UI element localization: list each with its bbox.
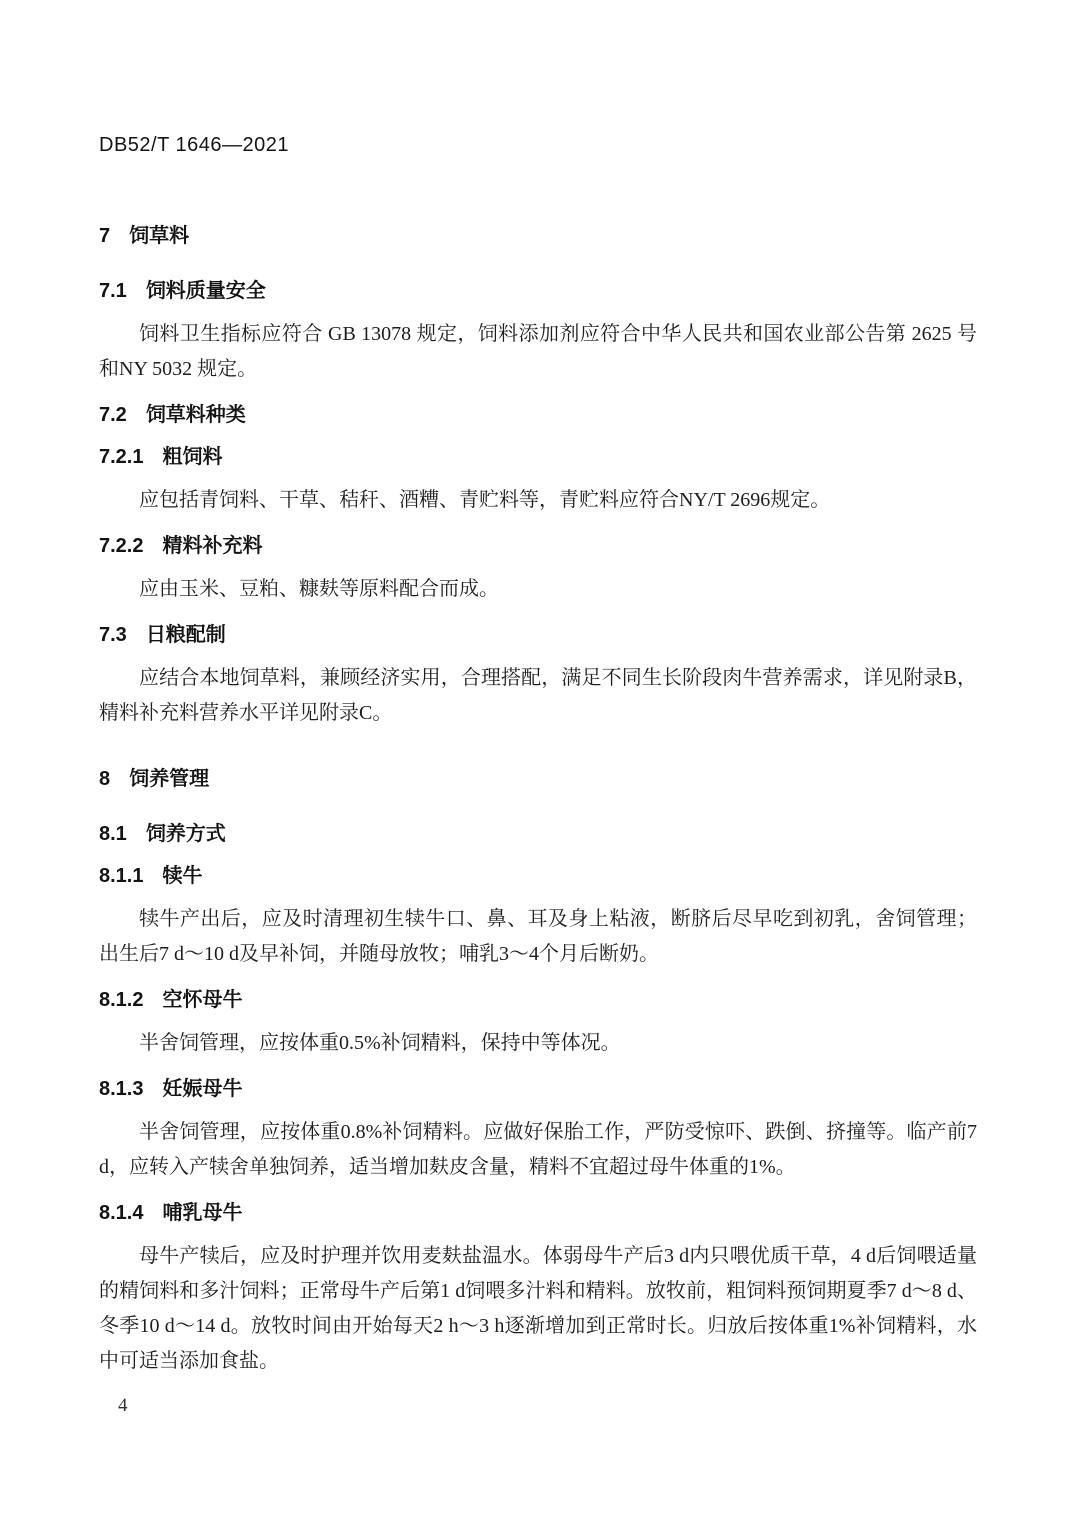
clause-number: 7.2 bbox=[99, 401, 127, 429]
clause-7-heading: 7饲草料 bbox=[99, 222, 977, 250]
para-8-1-3: 半舍饲管理，应按体重0.8%补饲精料。应做好保胎工作，严防受惊吓、跌倒、挤撞等。… bbox=[99, 1115, 977, 1185]
clause-number: 8.1.2 bbox=[99, 986, 143, 1014]
clause-8-1-2-heading: 8.1.2空怀母牛 bbox=[99, 986, 977, 1014]
clause-8-1-4-heading: 8.1.4哺乳母牛 bbox=[99, 1199, 977, 1227]
clause-title: 日粮配制 bbox=[146, 624, 226, 646]
clause-7-2-2-heading: 7.2.2精料补充料 bbox=[99, 532, 977, 560]
para-7-1: 饲料卫生指标应符合 GB 13078 规定，饲料添加剂应符合中华人民共和国农业部… bbox=[99, 317, 977, 387]
clause-7-3-heading: 7.3日粮配制 bbox=[99, 621, 977, 649]
clause-7-1-heading: 7.1饲料质量安全 bbox=[99, 277, 977, 305]
clause-8-1-1-heading: 8.1.1犊牛 bbox=[99, 862, 977, 890]
clause-number: 8 bbox=[99, 765, 110, 793]
para-8-1-2: 半舍饲管理，应按体重0.5%补饲精料，保持中等体况。 bbox=[99, 1026, 977, 1061]
clause-title: 粗饲料 bbox=[162, 446, 222, 468]
clause-title: 饲草料种类 bbox=[146, 404, 246, 426]
clause-title: 妊娠母牛 bbox=[162, 1078, 242, 1100]
clause-7-2-1-heading: 7.2.1粗饲料 bbox=[99, 443, 977, 471]
para-8-1-4: 母牛产犊后，应及时护理并饮用麦麸盐温水。体弱母牛产后3 d内只喂优质干草，4 d… bbox=[99, 1239, 977, 1379]
clause-title: 饲料质量安全 bbox=[146, 280, 266, 302]
clause-number: 8.1 bbox=[99, 820, 127, 848]
clause-number: 7.1 bbox=[99, 277, 127, 305]
clause-title: 犊牛 bbox=[162, 865, 202, 887]
para-7-2-1: 应包括青饲料、干草、秸秆、酒糟、青贮料等，青贮料应符合NY/T 2696规定。 bbox=[99, 483, 977, 518]
clause-7-2-heading: 7.2饲草料种类 bbox=[99, 401, 977, 429]
para-7-2-2: 应由玉米、豆粕、糠麸等原料配合而成。 bbox=[99, 572, 977, 607]
page-number: 4 bbox=[118, 1394, 128, 1418]
clause-number: 8.1.4 bbox=[99, 1199, 143, 1227]
clause-title: 饲草料 bbox=[129, 225, 189, 247]
clause-title: 空怀母牛 bbox=[162, 989, 242, 1011]
clause-number: 7.2.1 bbox=[99, 443, 143, 471]
clause-number: 7.3 bbox=[99, 621, 127, 649]
clause-number: 7.2.2 bbox=[99, 532, 143, 560]
clause-8-1-3-heading: 8.1.3妊娠母牛 bbox=[99, 1075, 977, 1103]
clause-number: 8.1.1 bbox=[99, 862, 143, 890]
clause-title: 哺乳母牛 bbox=[162, 1202, 242, 1224]
clause-title: 饲养管理 bbox=[129, 768, 209, 790]
clause-title: 饲养方式 bbox=[146, 823, 226, 845]
clause-number: 7 bbox=[99, 222, 110, 250]
para-7-3: 应结合本地饲草料，兼顾经济实用，合理搭配，满足不同生长阶段肉牛营养需求，详见附录… bbox=[99, 661, 977, 731]
clause-8-1-heading: 8.1饲养方式 bbox=[99, 820, 977, 848]
doc-code: DB52/T 1646—2021 bbox=[99, 132, 977, 158]
document-page: DB52/T 1646—2021 7饲草料 7.1饲料质量安全 饲料卫生指标应符… bbox=[0, 0, 1074, 1520]
clause-title: 精料补充料 bbox=[162, 535, 262, 557]
clause-8-heading: 8饲养管理 bbox=[99, 765, 977, 793]
page-content: DB52/T 1646—2021 7饲草料 7.1饲料质量安全 饲料卫生指标应符… bbox=[0, 0, 1074, 1379]
para-8-1-1: 犊牛产出后，应及时清理初生犊牛口、鼻、耳及身上粘液，断脐后尽早吃到初乳，舍饲管理… bbox=[99, 902, 977, 972]
clause-number: 8.1.3 bbox=[99, 1075, 143, 1103]
